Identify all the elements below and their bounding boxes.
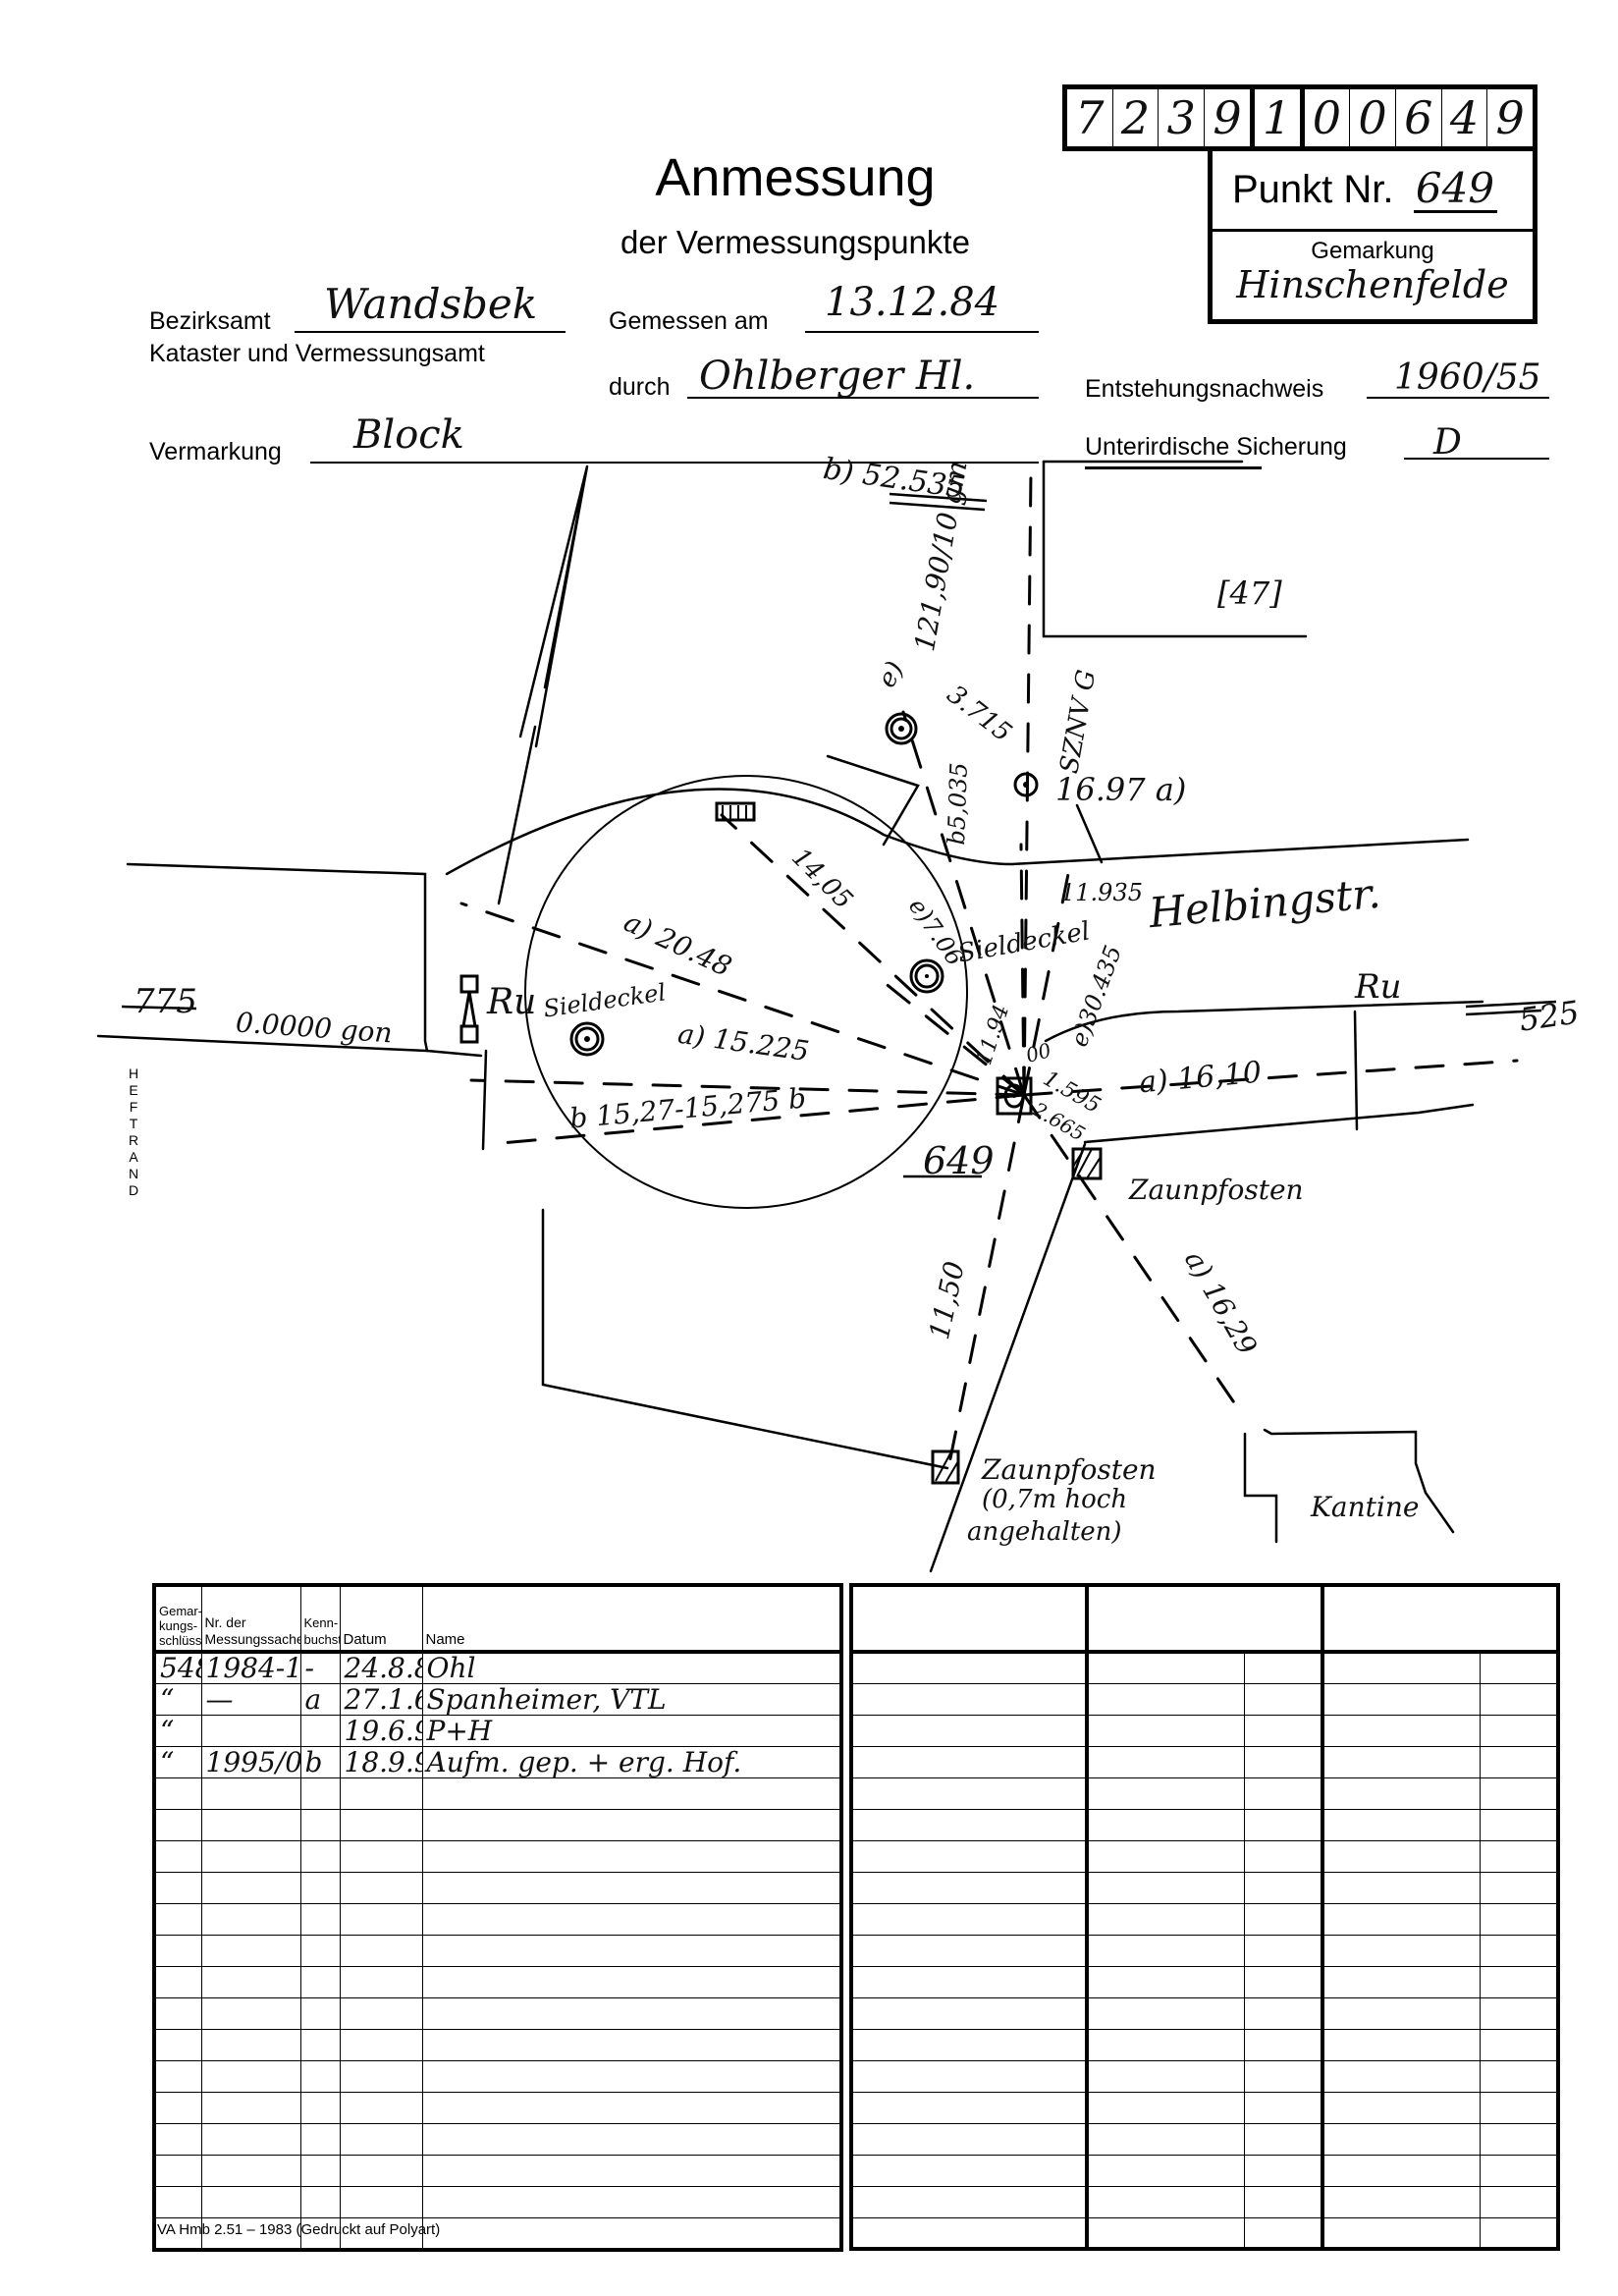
table-row [851,1935,1558,1966]
cell-datum [340,2030,422,2061]
table-row [154,1873,841,1904]
cell-name [422,2218,841,2250]
cell-gemarkungsschluessel: “ [154,1684,201,1716]
table-cell [1244,2092,1322,2123]
label-kantine: Kantine [1311,1491,1419,1523]
cell-kennbuchstabe [300,2061,340,2093]
cell-name [422,1967,841,1998]
cell-kennbuchstabe [300,1904,340,1936]
table-cell [851,2186,1087,2217]
table-cell [1087,1872,1244,1903]
table-cell [1480,1746,1558,1777]
cell-datum [340,1904,422,1936]
table-cell [1480,1652,1558,1683]
cell-messungssache [201,2156,300,2187]
table-cell [1244,1935,1322,1966]
gemessen-label: Gemessen am [609,307,769,336]
table-cell [1087,2060,1244,2092]
table-row [154,1936,841,1967]
table-cell [1087,2217,1244,2249]
table-cell [1244,2060,1322,2092]
entstehung-value: 1960/55 [1394,357,1541,398]
table-cell [1322,2217,1480,2249]
table-cell [1244,1777,1322,1809]
table-row [851,2217,1558,2249]
punkt-value: 649 [1414,167,1497,213]
cell-datum: 18.9.95 [340,1747,422,1778]
table-cell [1322,2029,1480,2060]
cell-gemarkungsschluessel [154,2187,201,2218]
cell-messungssache: — [201,1684,300,1716]
table-cell [1087,1935,1244,1966]
table-cell [1087,1997,1244,2029]
table-row [851,2155,1558,2186]
cell-datum [340,1778,422,1810]
cell-kennbuchstabe [300,2124,340,2156]
cell-messungssache [201,1873,300,1904]
heftrand-margin-label: HEFTRAND [126,1066,141,1199]
cell-name [422,1998,841,2030]
sicherung-label: Unterirdische Sicherung [1085,433,1347,462]
table-cell [851,1966,1087,1997]
cell-kennbuchstabe [300,1873,340,1904]
cell-kennbuchstabe: - [300,1652,340,1684]
table-cell [1322,2060,1480,2092]
cell-kennbuchstabe [300,1778,340,1810]
table-cell [1087,2029,1244,2060]
table-row [154,1998,841,2030]
table-cell [1322,2092,1480,2123]
label-note-line1: (0,7m hoch [982,1485,1127,1514]
cell-name [422,1810,841,1841]
gemessen-value: 13.12.84 [825,280,999,325]
cell-gemarkungsschluessel [154,2124,201,2156]
table-cell [851,2123,1087,2155]
cell-messungssache [201,1904,300,1936]
cell-gemarkungsschluessel [154,1936,201,1967]
label-16-97: 16.97 a) [1055,771,1186,808]
table-row [851,1840,1558,1872]
label-zaunpfosten-1: Zaunpfosten [1129,1174,1304,1206]
cell-datum [340,2061,422,2093]
table-header-row: Gemar- kungs- schlüssel Nr. der Messungs… [154,1585,841,1652]
kataster-label: Kataster und Vermessungsamt [149,340,485,368]
cell-kennbuchstabe [300,2030,340,2061]
table-cell [1087,1715,1244,1746]
label-ru-left: Ru [487,982,536,1022]
cell-datum [340,1936,422,1967]
table-cell [851,1872,1087,1903]
id-digit: 2 [1113,89,1160,146]
table-cell [851,2060,1087,2092]
cell-name: Aufm. gep. + erg. Hof. [422,1747,841,1778]
cell-datum [340,1967,422,1998]
cell-name [422,2156,841,2187]
table-cell [1322,1840,1480,1872]
cell-name: P+H [422,1716,841,1747]
sicherung-underline [1085,466,1262,469]
label-note-line2: angehalten) [967,1517,1122,1547]
gemarkung-value: Hinschenfelde [1213,263,1533,306]
id-digit: 4 [1442,89,1488,146]
table-cell [1322,1777,1480,1809]
table-cell [1322,1652,1480,1683]
table-cell [851,2029,1087,2060]
table-cell [1244,2217,1322,2249]
table-cell [1322,2155,1480,2186]
table-cell [1322,1872,1480,1903]
cell-gemarkungsschluessel [154,1810,201,1841]
table-row [851,2060,1558,2092]
cell-kennbuchstabe [300,2093,340,2124]
cell-name [422,1841,841,1873]
table-cell [1480,1777,1558,1809]
label-zaunpfosten-2: Zaunpfosten [982,1453,1157,1486]
table-cell [851,1935,1087,1966]
table-cell [851,1840,1087,1872]
cell-name [422,1778,841,1810]
cell-messungssache [201,2093,300,2124]
cell-datum [340,2187,422,2218]
cell-gemarkungsschluessel [154,2093,201,2124]
cell-kennbuchstabe [300,1936,340,1967]
cell-gemarkungsschluessel [154,1841,201,1873]
table-row [851,1997,1558,2029]
cell-name [422,1904,841,1936]
table-row [154,1967,841,1998]
table-cell [1244,1715,1322,1746]
table-cell [1244,1966,1322,1997]
table-cell [1322,1683,1480,1715]
vermarkung-value: Block [353,412,464,458]
table-row [154,2124,841,2156]
cell-messungssache [201,2030,300,2061]
label-775: 775 [134,982,197,1021]
cell-datum [340,1873,422,1904]
table-cell [1322,1746,1480,1777]
cell-gemarkungsschluessel [154,1967,201,1998]
table-row [851,1652,1558,1683]
id-digit: 9 [1487,89,1533,146]
table-cell [1322,1935,1480,1966]
table-cell [851,1652,1087,1683]
table-cell [1480,1997,1558,2029]
table-row [851,2092,1558,2123]
cell-datum [340,1998,422,2030]
cell-kennbuchstabe: b [300,1747,340,1778]
table-cell [1244,1809,1322,1840]
cell-kennbuchstabe [300,2187,340,2218]
form-footer: VA Hmb 2.51 – 1983 (Gedruckt auf Polyart… [157,2221,440,2238]
cell-datum [340,1810,422,1841]
cell-gemarkungsschluessel [154,1998,201,2030]
table-row: “—a27.1.64Spanheimer, VTL [154,1684,841,1716]
table-cell [1480,2060,1558,2092]
table-cell [1480,2217,1558,2249]
cell-kennbuchstabe [300,2156,340,2187]
table-row [851,1872,1558,1903]
table-cell [1087,1966,1244,1997]
cell-messungssache: 1984-13 [201,1652,300,1684]
table-cell [851,2155,1087,2186]
id-digit: 0 [1305,89,1351,146]
table-cell [1244,2186,1322,2217]
cell-name: Spanheimer, VTL [422,1684,841,1716]
table-cell [1480,2092,1558,2123]
table-cell [1480,1809,1558,1840]
table-cell [1480,1872,1558,1903]
table-cell [1244,1872,1322,1903]
header-cell [1087,1585,1322,1652]
header-gemarkungsschluessel: Gemar- kungs- schlüssel [154,1585,201,1652]
cell-messungssache [201,1716,300,1747]
cell-kennbuchstabe [300,1967,340,1998]
gemessen-line [805,331,1039,333]
cell-messungssache [201,1778,300,1810]
record-id-box: 7 2 3 9 1 0 0 6 4 9 [1062,84,1537,151]
table-row [154,1904,841,1936]
cell-datum [340,2156,422,2187]
table-cell [851,1683,1087,1715]
cell-name [422,1873,841,1904]
table-cell [1087,2092,1244,2123]
table-cell [1087,2155,1244,2186]
table-row [851,1809,1558,1840]
table-row [851,2123,1558,2155]
table-cell [1087,2186,1244,2217]
cell-datum [340,1841,422,1873]
table-cell [851,2217,1087,2249]
cell-gemarkungsschluessel [154,2030,201,2061]
table-row [851,1903,1558,1935]
table-row [851,1966,1558,1997]
cell-kennbuchstabe [300,1841,340,1873]
table-cell [1244,1997,1322,2029]
table-cell [1480,1903,1558,1935]
table-row [154,1778,841,1810]
table-cell [1322,2123,1480,2155]
table-row [851,1683,1558,1715]
cell-messungssache [201,1841,300,1873]
cell-datum [340,2124,422,2156]
table-row [154,2030,841,2061]
table-row [851,2186,1558,2217]
table-cell [1480,1966,1558,1997]
cell-gemarkungsschluessel: “ [154,1747,201,1778]
page-subtitle: der Vermessungspunkte [550,224,1041,261]
table-cell [1087,1903,1244,1935]
table-cell [1480,2186,1558,2217]
sicherung-line [1404,458,1549,460]
table-cell [1322,1715,1480,1746]
cell-messungssache [201,1967,300,1998]
cell-messungssache [201,2124,300,2156]
cell-messungssache [201,1998,300,2030]
cell-gemarkungsschluessel: 548 [154,1652,201,1684]
blank-record-table [849,1583,1560,2251]
bezirksamt-line [295,331,566,333]
cell-messungssache [201,2061,300,2093]
cell-kennbuchstabe [300,1998,340,2030]
header-cell [851,1585,1087,1652]
table-cell [1244,2123,1322,2155]
cell-datum: 19.6.90 [340,1716,422,1747]
table-row: “1995/013b18.9.95Aufm. gep. + erg. Hof. [154,1747,841,1778]
cell-datum [340,2093,422,2124]
punkt-row: Punkt Nr. 649 [1213,151,1533,232]
table-cell [1087,1777,1244,1809]
table-cell [1087,1809,1244,1840]
table-cell [1244,2155,1322,2186]
table-cell [1480,1935,1558,1966]
table-cell [851,1997,1087,2029]
table-cell [851,1777,1087,1809]
bezirksamt-value: Wandsbek [324,280,537,328]
cell-name [422,2093,841,2124]
table-row: “19.6.90P+H [154,1716,841,1747]
label-11935: 11.935 [1060,879,1143,906]
cell-name [422,2187,841,2218]
table-cell [1322,1903,1480,1935]
heftrand-text: HEFTRAND [128,1066,139,1199]
cell-messungssache [201,1810,300,1841]
punkt-label: Punkt Nr. [1232,168,1394,212]
cell-name: Ohl [422,1652,841,1684]
label-b5035: b5,035 [943,762,973,846]
cell-name [422,1936,841,1967]
cell-kennbuchstabe [300,1810,340,1841]
id-digit: 0 [1350,89,1396,146]
table-cell [1087,1840,1244,1872]
point-number-label: 649 [923,1139,995,1182]
header-cell [1322,1585,1558,1652]
label-ru-right: Ru [1355,967,1402,1007]
table-row [154,2093,841,2124]
table-row [154,2061,841,2093]
table-cell [1244,1903,1322,1935]
table-row [154,2156,841,2187]
table-row [851,1777,1558,1809]
id-digit: 3 [1159,89,1205,146]
cell-datum: 24.8.84 [340,1652,422,1684]
cell-messungssache [201,2187,300,2218]
header-datum: Datum [340,1585,422,1652]
cell-kennbuchstabe: a [300,1684,340,1716]
table-cell [1087,1652,1244,1683]
id-digit: 7 [1067,89,1113,146]
table-cell [851,1903,1087,1935]
cell-gemarkungsschluessel [154,2061,201,2093]
vermarkung-line [310,462,1039,464]
cell-gemarkungsschluessel [154,2156,201,2187]
id-digit: 1 [1255,89,1305,146]
table-row: 5481984-13-24.8.84Ohl [154,1652,841,1684]
table-row [154,1841,841,1873]
table-row [851,2029,1558,2060]
table-cell [1087,1683,1244,1715]
table-cell [1480,1683,1558,1715]
gemarkung-label: Gemarkung [1213,238,1533,265]
page-title: Anmessung [550,147,1041,208]
id-digit: 9 [1205,89,1255,146]
table-cell [1322,1809,1480,1840]
cell-gemarkungsschluessel [154,1778,201,1810]
header-name: Name [422,1585,841,1652]
table-cell [1244,1683,1322,1715]
header-messungssache: Nr. der Messungssache [201,1585,300,1652]
table-cell [1480,1715,1558,1746]
cell-messungssache: 1995/013 [201,1747,300,1778]
table-cell [1244,1652,1322,1683]
table-cell [851,1809,1087,1840]
table-row [154,1810,841,1841]
table-cell [1087,2123,1244,2155]
cell-gemarkungsschluessel: “ [154,1716,201,1747]
header-kennbuchstabe: Kenn- buchst. [300,1585,340,1652]
table-header-row [851,1585,1558,1652]
table-row [851,1746,1558,1777]
cell-gemarkungsschluessel [154,1904,201,1936]
table-cell [851,2092,1087,2123]
bezirksamt-label: Bezirksamt [149,307,271,336]
vermarkung-label: Vermarkung [149,438,282,466]
table-cell [1480,2155,1558,2186]
cell-name [422,2124,841,2156]
table-cell [1480,2123,1558,2155]
cell-messungssache [201,1936,300,1967]
entstehung-label: Entstehungsnachweis [1085,375,1323,404]
table-cell [1244,2029,1322,2060]
table-cell [1244,1840,1322,1872]
table-cell [851,1746,1087,1777]
table-cell [1322,1997,1480,2029]
id-digit: 6 [1396,89,1442,146]
punkt-box: Punkt Nr. 649 Gemarkung Hinschenfelde [1208,151,1537,324]
cell-gemarkungsschluessel [154,1873,201,1904]
table-cell [1322,1966,1480,1997]
cell-name [422,2061,841,2093]
table-cell [851,1715,1087,1746]
durch-value: Ohlberger Hl. [699,354,975,399]
table-cell [1480,1840,1558,1872]
cell-datum: 27.1.64 [340,1684,422,1716]
table-row [154,2187,841,2218]
table-row [851,1715,1558,1746]
cell-name [422,2030,841,2061]
sicherung-value: D [1433,422,1462,463]
table-cell [1244,1746,1322,1777]
table-cell [1087,1746,1244,1777]
cell-kennbuchstabe [300,1716,340,1747]
measurement-history-table: Gemar- kungs- schlüssel Nr. der Messungs… [152,1583,843,2252]
table-cell [1322,2186,1480,2217]
table-cell [1480,2029,1558,2060]
parcel-number: [47] [1217,574,1282,612]
durch-label: durch [609,373,671,402]
